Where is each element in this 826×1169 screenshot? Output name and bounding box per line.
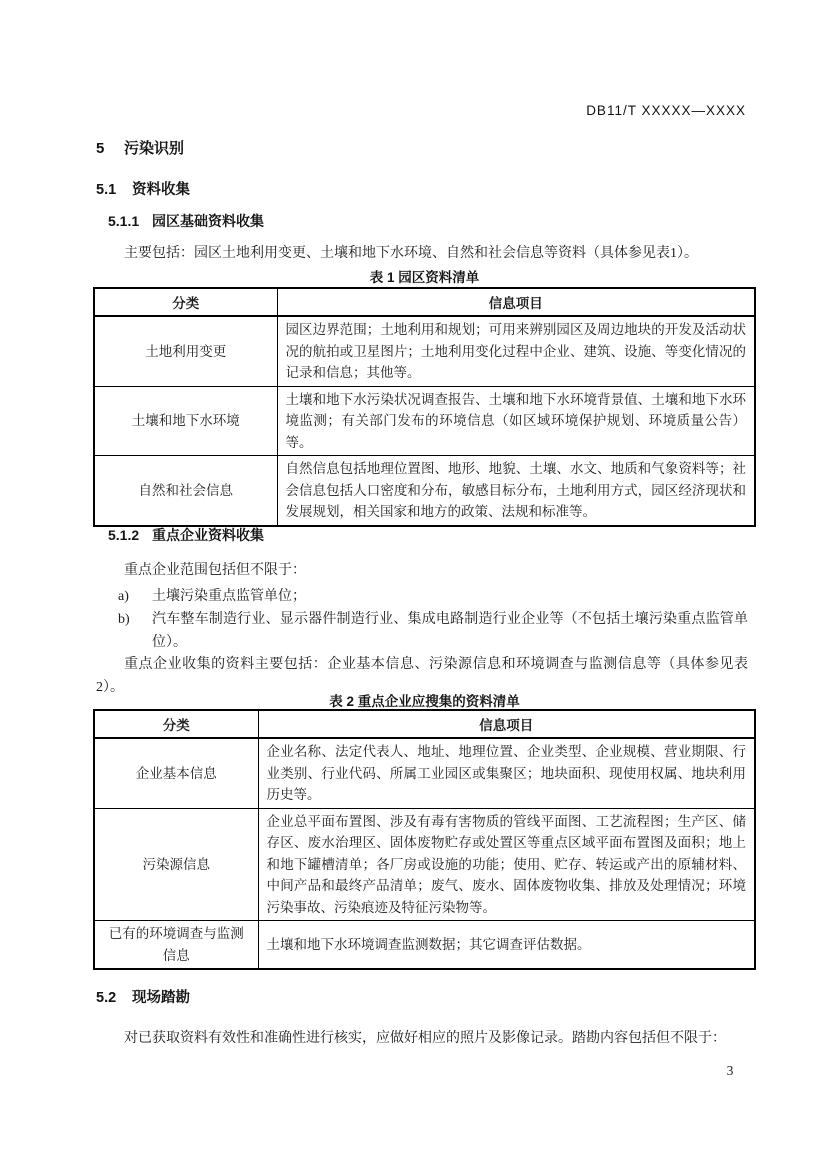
section-number: 5.1.2: [108, 527, 152, 543]
document-code-header: DB11/T XXXXX—XXXX: [586, 103, 746, 118]
table-header-row: 分类 信息项目: [94, 288, 755, 316]
table2-row1-items: 企业总平面布置图、涉及有毒有害物质的管线平面图、工艺流程图；生产区、储存区、废水…: [258, 808, 755, 921]
section-title: 污染识别: [124, 140, 184, 157]
table1-header-category: 分类: [94, 288, 277, 316]
table2-row0-items: 企业名称、法定代表人、地址、地理位置、企业类型、企业规模、营业期限、行业类别、行…: [258, 738, 755, 808]
table1-row1-category: 土壤和地下水环境: [94, 386, 277, 456]
table1-row1-items: 土壤和地下水污染状况调查报告、土壤和地下水环境背景值、土壤和地下水环境监测；有关…: [277, 386, 755, 456]
table-key-enterprise-data-list: 分类 信息项目 企业基本信息 企业名称、法定代表人、地址、地理位置、企业类型、企…: [93, 709, 756, 970]
table2-row2-items: 土壤和地下水环境调查监测数据；其它调查评估数据。: [258, 921, 755, 970]
table1-header-items: 信息项目: [277, 288, 755, 316]
table-row: 自然和社会信息 自然信息包括地理位置图、地形、地貌、土壤、水文、地质和气象资料等…: [94, 456, 755, 526]
section-title: 资料收集: [132, 182, 190, 198]
paragraph-511-intro: 主要包括：园区土地利用变更、土壤和地下水环境、自然和社会信息等资料（具体参见表1…: [96, 242, 748, 265]
section-title: 园区基础资料收集: [152, 213, 264, 229]
table2-row1-category: 污染源信息: [94, 808, 258, 921]
table-row: 土地利用变更 园区边界范围；土地利用和规划；可用来辨别园区及周边地块的开发及活动…: [94, 316, 755, 386]
section-title: 重点企业资料收集: [152, 527, 264, 543]
table-row: 企业基本信息 企业名称、法定代表人、地址、地理位置、企业类型、企业规模、营业期限…: [94, 738, 755, 808]
table1-row0-category: 土地利用变更: [94, 316, 277, 386]
section-number: 5.1.1: [108, 213, 152, 229]
table2-row0-category: 企业基本信息: [94, 738, 258, 808]
paragraph-52-survey: 对已获取资料有效性和准确性进行核实，应做好相应的照片及影像记录。踏勘内容包括但不…: [96, 1027, 748, 1050]
list-text: 土壤污染重点监管单位；: [152, 585, 748, 608]
table2-header-items: 信息项目: [258, 710, 755, 738]
table1-row2-items: 自然信息包括地理位置图、地形、地貌、土壤、水文、地质和气象资料等；社会信息包括人…: [277, 456, 755, 526]
section-title: 现场踏勘: [132, 990, 190, 1006]
table1-row2-category: 自然和社会信息: [94, 456, 277, 526]
table-park-data-list: 分类 信息项目 土地利用变更 园区边界范围；土地利用和规划；可用来辨别园区及周边…: [93, 287, 756, 527]
list-marker: a): [118, 585, 152, 608]
section-number: 5.2: [96, 990, 132, 1006]
section-number: 5.1: [96, 182, 132, 198]
document-page: DB11/T XXXXX—XXXX 5污染识别 5.1资料收集 5.1.1园区基…: [0, 0, 826, 1169]
section-number: 5: [96, 140, 124, 157]
table1-caption: 表 1 园区资料清单: [93, 266, 756, 286]
table-row: 土壤和地下水环境 土壤和地下水污染状况调查报告、土壤和地下水环境背景值、土壤和地…: [94, 386, 755, 456]
page-number: 3: [718, 1063, 742, 1079]
table-header-row: 分类 信息项目: [94, 710, 755, 738]
section-heading-5-1-1: 5.1.1园区基础资料收集: [108, 211, 264, 231]
list-marker: b): [118, 608, 152, 654]
table1-row0-items: 园区边界范围；土地利用和规划；可用来辨别园区及周边地块的开发及活动状况的航拍或卫…: [277, 316, 755, 386]
table-row: 污染源信息 企业总平面布置图、涉及有毒有害物质的管线平面图、工艺流程图；生产区、…: [94, 808, 755, 921]
list-item-b: b) 汽车整车制造行业、显示器件制造行业、集成电路制造行业企业等（不包括土壤污染…: [118, 608, 748, 654]
section-heading-5: 5污染识别: [96, 137, 184, 158]
table2-header-category: 分类: [94, 710, 258, 738]
table2-caption: 表 2 重点企业应搜集的资料清单: [93, 690, 756, 710]
table2-row2-category: 已有的环境调查与监测信息: [94, 921, 258, 970]
section-heading-5-1: 5.1资料收集: [96, 178, 190, 199]
section-heading-5-1-2: 5.1.2重点企业资料收集: [108, 525, 264, 545]
list-item-a: a) 土壤污染重点监管单位；: [118, 585, 748, 608]
section-heading-5-2: 5.2现场踏勘: [96, 986, 190, 1007]
list-text: 汽车整车制造行业、显示器件制造行业、集成电路制造行业企业等（不包括土壤污染重点监…: [152, 608, 748, 654]
table-row: 已有的环境调查与监测信息 土壤和地下水环境调查监测数据；其它调查评估数据。: [94, 921, 755, 970]
paragraph-512-scope: 重点企业范围包括但不限于：: [96, 559, 748, 582]
